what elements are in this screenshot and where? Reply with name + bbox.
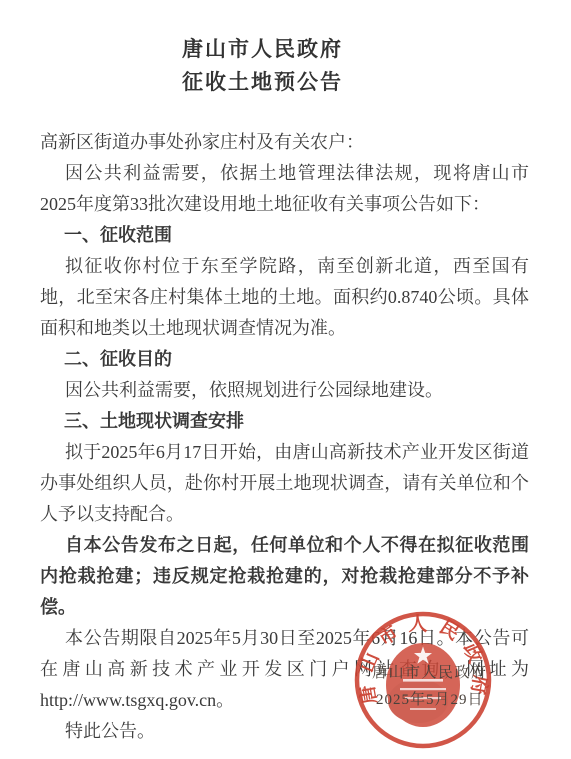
signature-date: 2025年5月29日 [376,688,484,709]
signature-issuer: 唐山市人民政府 [372,661,488,682]
title-subject-line: 征收土地预公告 [0,66,548,99]
title-issuer-line: 唐山市人民政府 [0,33,548,66]
intro-paragraph: 因公共利益需要，依据土地管理法律法规，现将唐山市2025年度第33批次建设用地土… [40,158,529,220]
section-1-heading: 一、征收范围 [40,220,529,251]
announcement-page: 唐山市人民政府 征收土地预公告 高新区街道办事处孙家庄村及有关农户： 因公共利益… [0,0,571,759]
address-line: 高新区街道办事处孙家庄村及有关农户： [40,127,529,158]
seal-emblem [386,643,460,727]
section-1-body: 拟征收你村位于东至学院路，南至创新北道，西至国有地，北至宋各庄村集体土地的土地。… [40,251,529,344]
section-2-heading: 二、征收目的 [40,344,529,375]
section-3-body: 拟于2025年6月17日开始，由唐山高新技术产业开发区街道办事处组织人员，赴你村… [40,437,529,530]
section-3-heading: 三、土地现状调查安排 [40,406,529,437]
section-2-body: 因公共利益需要，依照规划进行公园绿地建设。 [40,375,529,406]
document-title: 唐山市人民政府 征收土地预公告 [0,0,548,99]
